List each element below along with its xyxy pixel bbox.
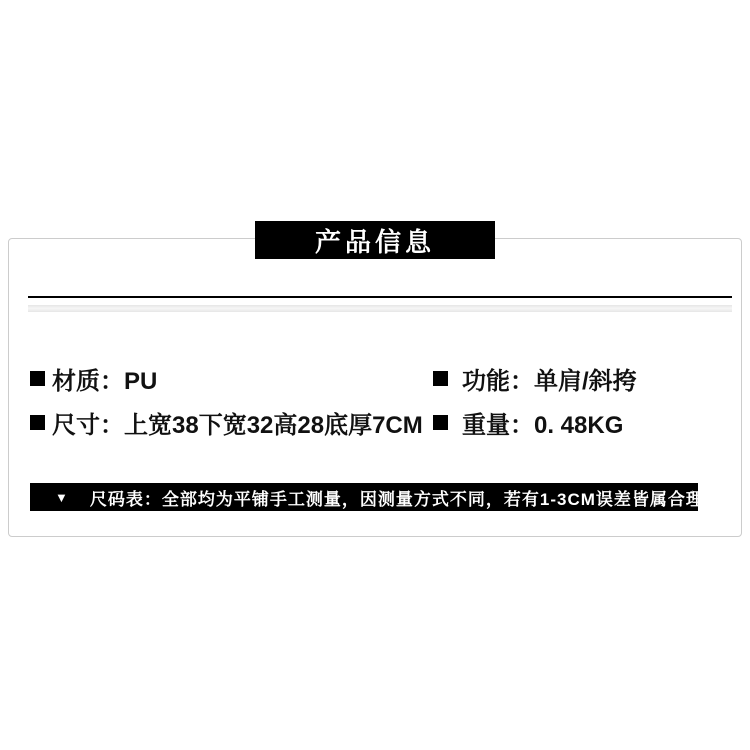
divider-band <box>28 305 732 312</box>
square-bullet-icon <box>30 415 45 430</box>
section-title: 产品信息 <box>315 222 435 259</box>
product-info-page: 产品信息 材质：PU 尺寸：上宽38下宽32高28底厚7CM 功能：单肩/斜挎 … <box>0 0 750 750</box>
spec-material-text: 材质：PU <box>52 361 157 396</box>
spec-row-function: 功能：单肩/斜挎 <box>433 362 637 394</box>
spec-row-material: 材质：PU <box>30 362 157 394</box>
section-title-banner: 产品信息 <box>255 221 495 259</box>
info-panel: 材质：PU 尺寸：上宽38下宽32高28底厚7CM 功能：单肩/斜挎 重量：0.… <box>8 238 742 537</box>
spec-function-text: 功能：单肩/斜挎 <box>462 361 637 396</box>
divider-line <box>28 296 732 298</box>
triangle-down-icon: ▼ <box>55 490 69 505</box>
size-chart-note-bar: ▼ 尺码表：全部均为平铺手工测量，因测量方式不同，若有1-3CM误差皆属合理范围 <box>30 483 698 511</box>
square-bullet-icon <box>433 415 448 430</box>
size-chart-note-text: 尺码表：全部均为平铺手工测量，因测量方式不同，若有1-3CM误差皆属合理范围 <box>90 485 698 510</box>
spec-row-weight: 重量：0. 48KG <box>433 406 623 438</box>
square-bullet-icon <box>30 371 45 386</box>
square-bullet-icon <box>433 371 448 386</box>
spec-size-text: 尺寸：上宽38下宽32高28底厚7CM <box>52 405 423 440</box>
spec-weight-text: 重量：0. 48KG <box>462 405 623 440</box>
spec-row-size: 尺寸：上宽38下宽32高28底厚7CM <box>30 406 423 438</box>
